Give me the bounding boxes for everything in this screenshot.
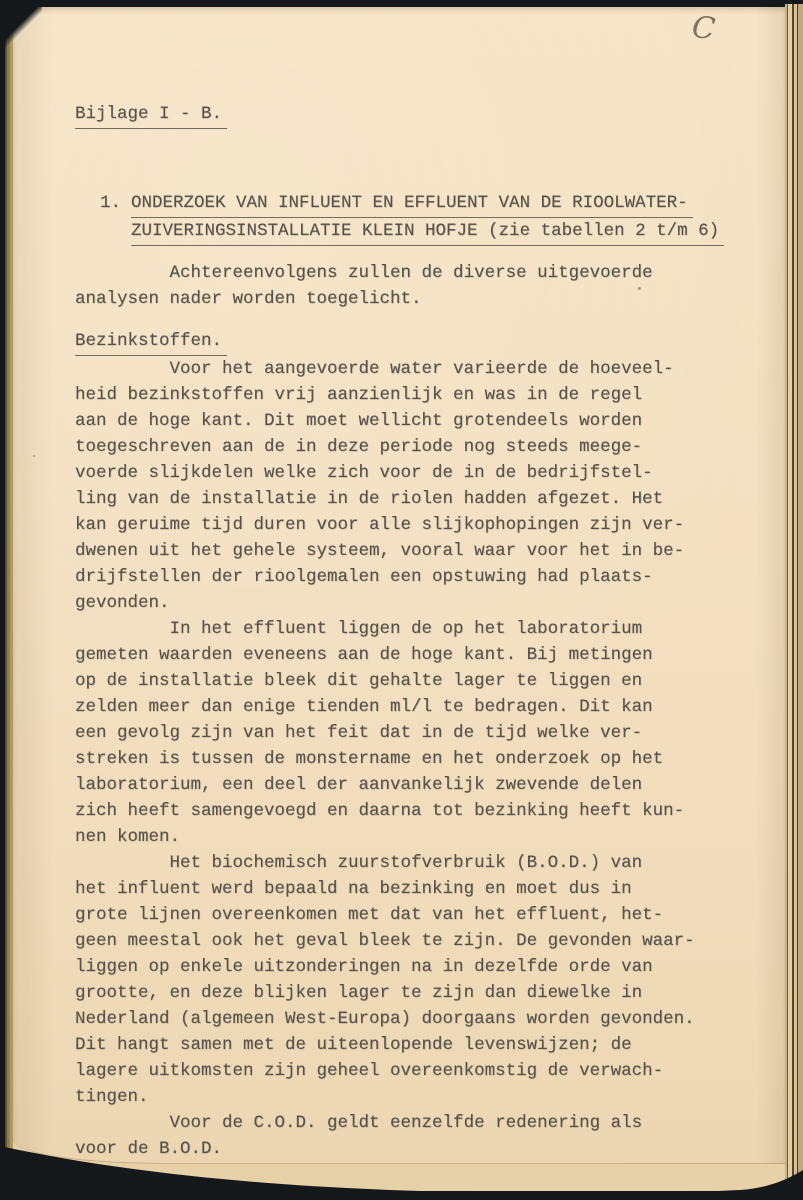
book-edge-top (0, 0, 803, 7)
book-spine-edge (0, 0, 13, 1200)
ink-speck (638, 287, 641, 290)
appendix-header: Bijlage I - B. (75, 101, 751, 129)
book-edge-bottom (0, 1140, 803, 1200)
paragraph-bezinkstoffen-effluent: In het effluent liggen de op het laborat… (75, 616, 751, 850)
intro-paragraph: Achtereenvolgens zullen de diverse uitge… (75, 260, 751, 312)
ink-speck (33, 455, 35, 457)
page-edges-right (785, 4, 803, 1182)
subheading-bezinkstoffen: Bezinkstoffen. (75, 328, 227, 356)
paragraph-bod: Het biochemisch zuurstofverbruik (B.O.D.… (75, 850, 751, 1110)
document-page: C Bijlage I - B. 1. ONDERZOEK VAN INFLUE… (13, 7, 787, 1164)
appendix-label: Bijlage I - B. (75, 101, 227, 129)
subheading-row: Bezinkstoffen. (75, 328, 751, 356)
typewritten-content: Bijlage I - B. 1. ONDERZOEK VAN INFLUENT… (75, 7, 751, 1163)
section-title-line2: ZUIVERINGSINSTALLATIE KLEIN HOFJE (zie t… (131, 218, 724, 246)
paragraph-bezinkstoffen-influent: Voor het aangevoerde water varieerde de … (75, 356, 751, 616)
section-title-line1: ONDERZOEK VAN INFLUENT EN EFFLUENT VAN D… (131, 190, 693, 218)
section-title: ONDERZOEK VAN INFLUENT EN EFFLUENT VAN D… (131, 190, 724, 246)
section-heading: 1. ONDERZOEK VAN INFLUENT EN EFFLUENT VA… (100, 190, 751, 246)
section-number: 1. (100, 190, 131, 216)
scanned-document: C Bijlage I - B. 1. ONDERZOEK VAN INFLUE… (0, 0, 803, 1200)
clipped-corner-top-left (0, 0, 42, 58)
